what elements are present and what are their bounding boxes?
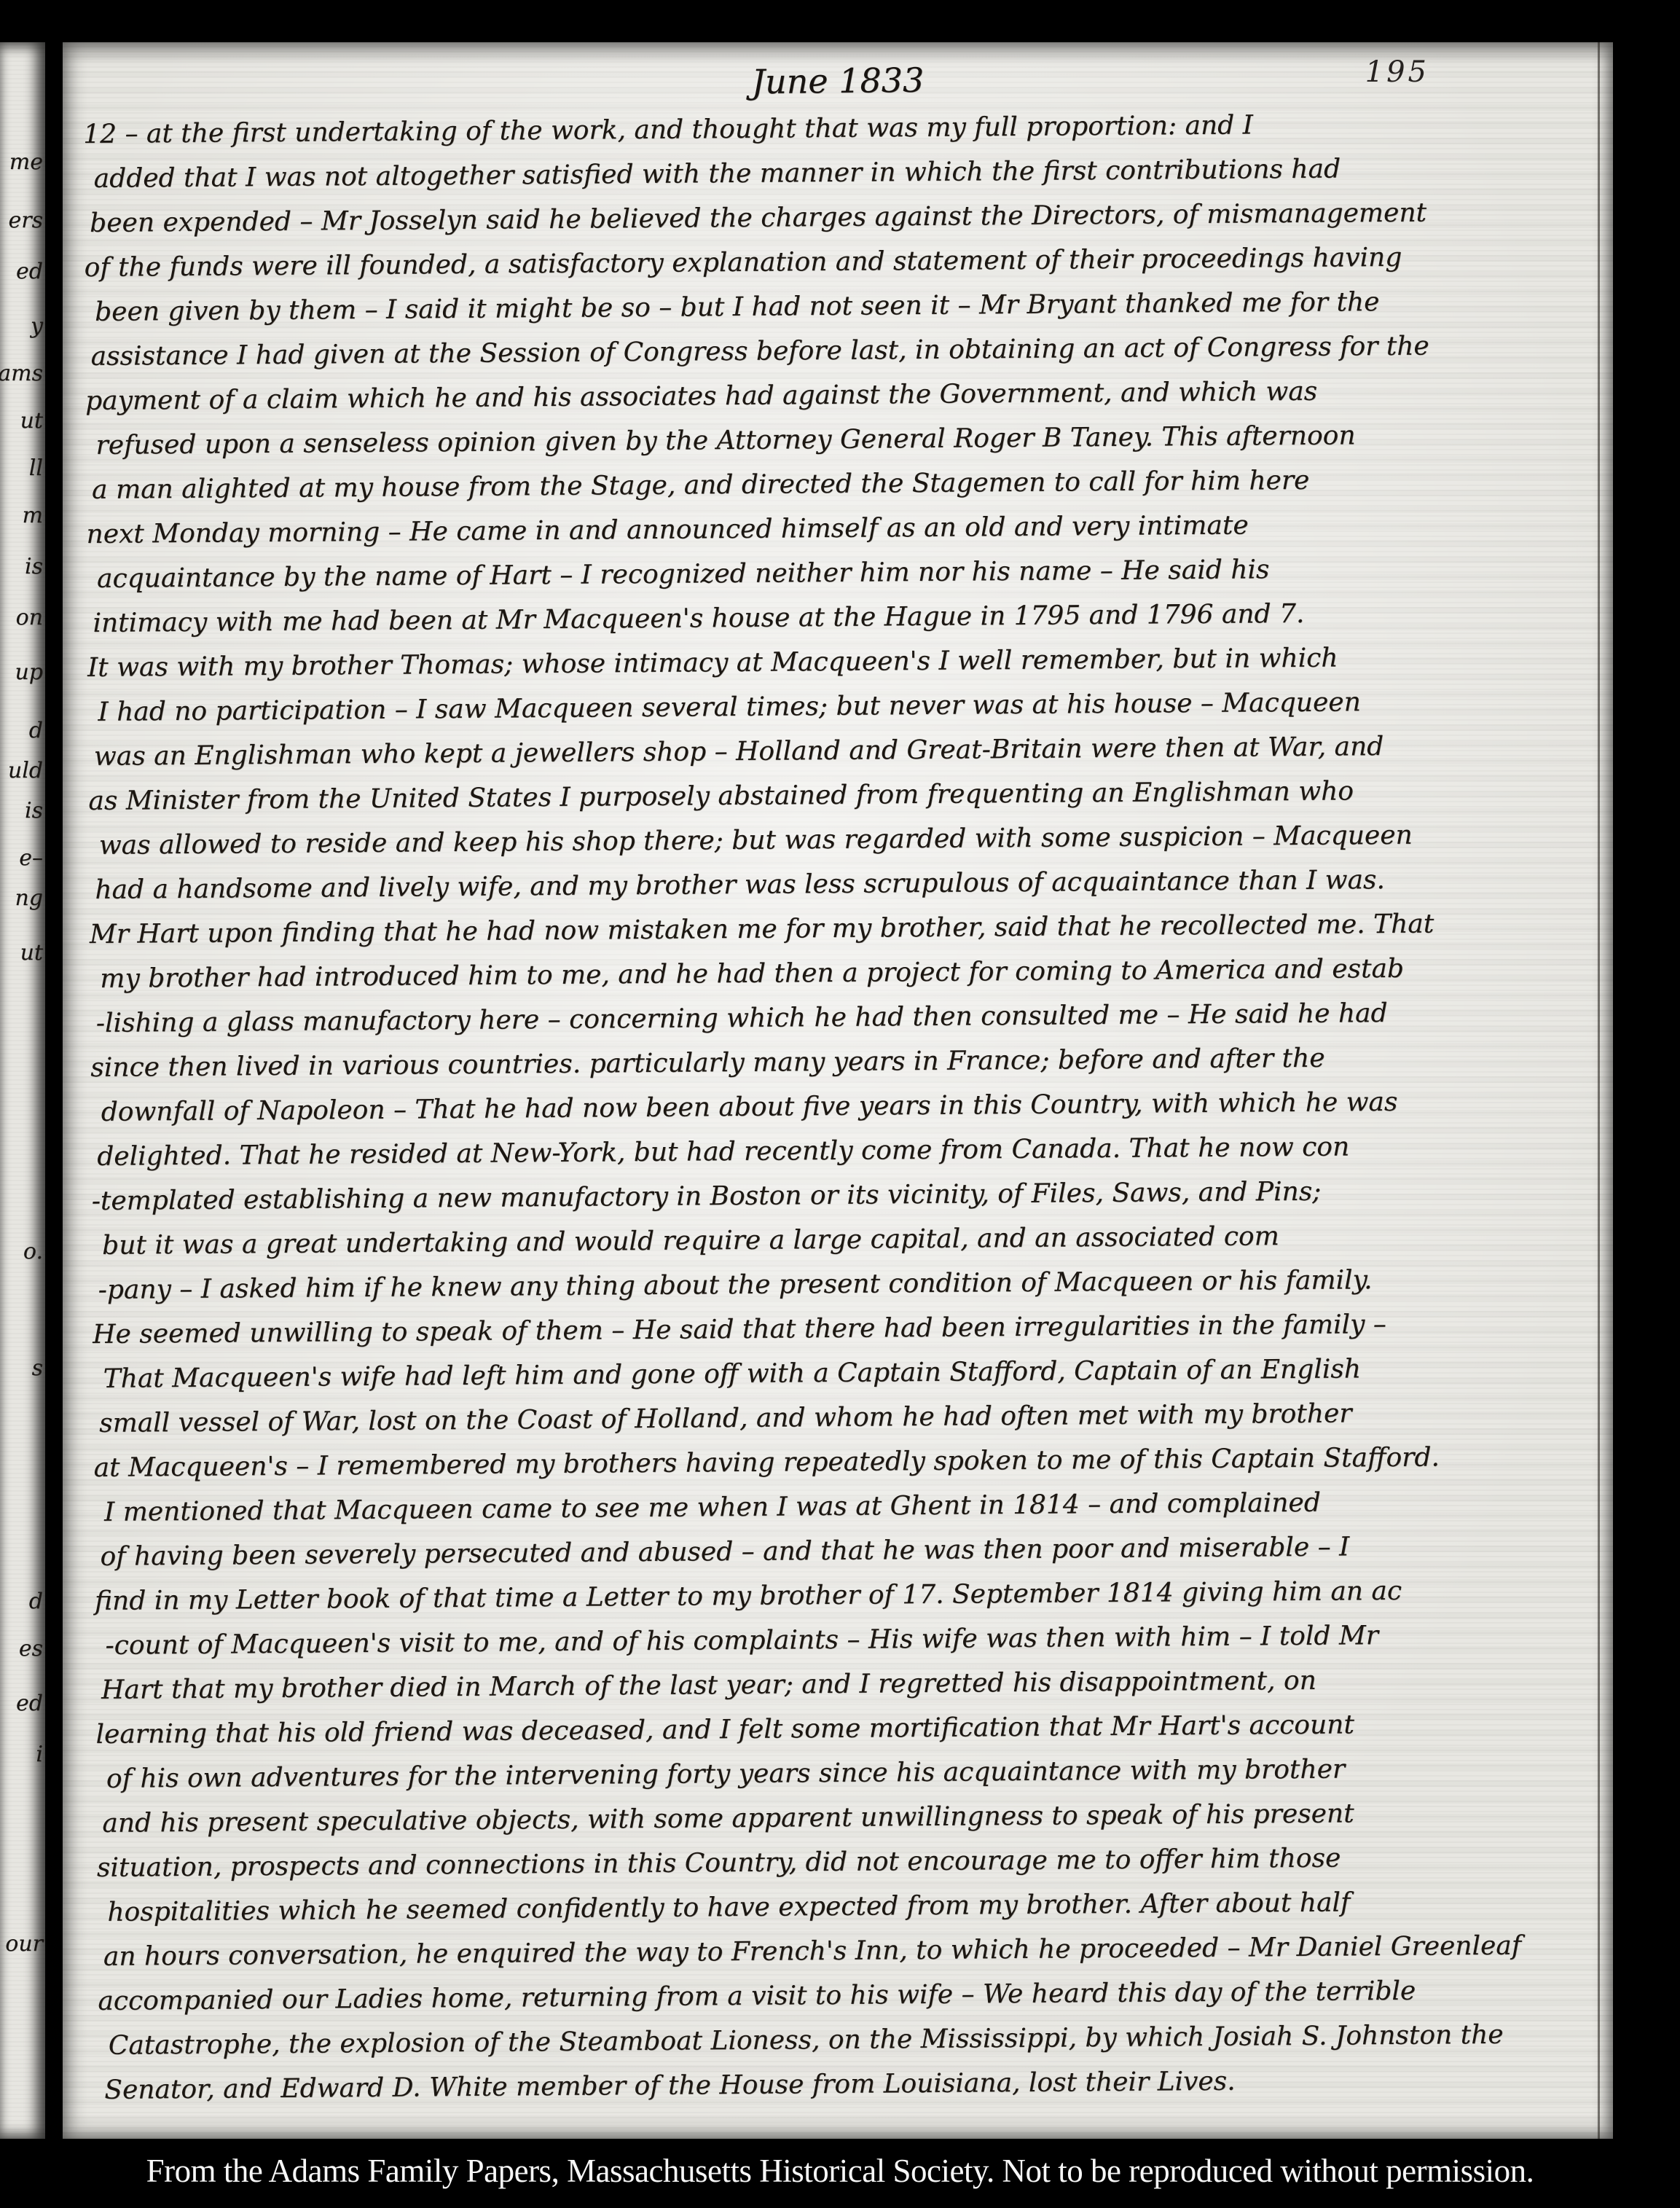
facing-page-fragment: our	[5, 1931, 43, 1957]
caption-bar: From the Adams Family Papers, Massachuse…	[0, 2139, 1680, 2208]
archive-caption: From the Adams Family Papers, Massachuse…	[0, 2139, 1680, 2208]
facing-page-fragment: ed	[16, 1691, 43, 1716]
facing-page-fragment: uld	[8, 758, 43, 783]
facing-page-fragment: ed	[16, 259, 43, 284]
facing-page-fragment: i	[36, 1742, 43, 1767]
facing-page-fragment: is	[25, 798, 43, 823]
facing-page-fragment: ers	[9, 208, 44, 233]
facing-page-fragment: ut	[20, 940, 43, 966]
facing-page-fragment: d	[29, 718, 43, 743]
facing-page-fragment: s	[32, 1355, 43, 1381]
facing-page-fragment: ams	[0, 361, 43, 386]
facing-page-fragment: me	[9, 149, 43, 175]
facing-page-fragment: m	[23, 503, 43, 528]
facing-page-fragment: es	[19, 1636, 43, 1661]
facing-page-fragment: d	[29, 1589, 43, 1614]
facing-page-fragment: up	[15, 659, 43, 685]
facing-page-fragment: ng	[15, 885, 43, 911]
facing-page-fragment: e–	[19, 845, 43, 871]
manuscript-text-block: 12 – at the first undertaking of the wor…	[83, 101, 1604, 2113]
facing-page-fragment: is	[25, 554, 43, 579]
facing-page-fragment: o.	[23, 1239, 43, 1264]
scanned-manuscript-frame: meersedyamsutllmisonupduldise–nguto.sdes…	[0, 0, 1680, 2208]
facing-page-fragment: y	[31, 313, 43, 339]
facing-page-fragment: on	[16, 605, 43, 630]
page-number: 195	[1365, 55, 1429, 89]
manuscript-page: June 1833 195 12 – at the first undertak…	[63, 42, 1613, 2139]
facing-page-fragment: ll	[29, 455, 43, 481]
facing-page-fragment: ut	[20, 408, 43, 434]
facing-page-sliver: meersedyamsutllmisonupduldise–nguto.sdes…	[0, 42, 45, 2139]
